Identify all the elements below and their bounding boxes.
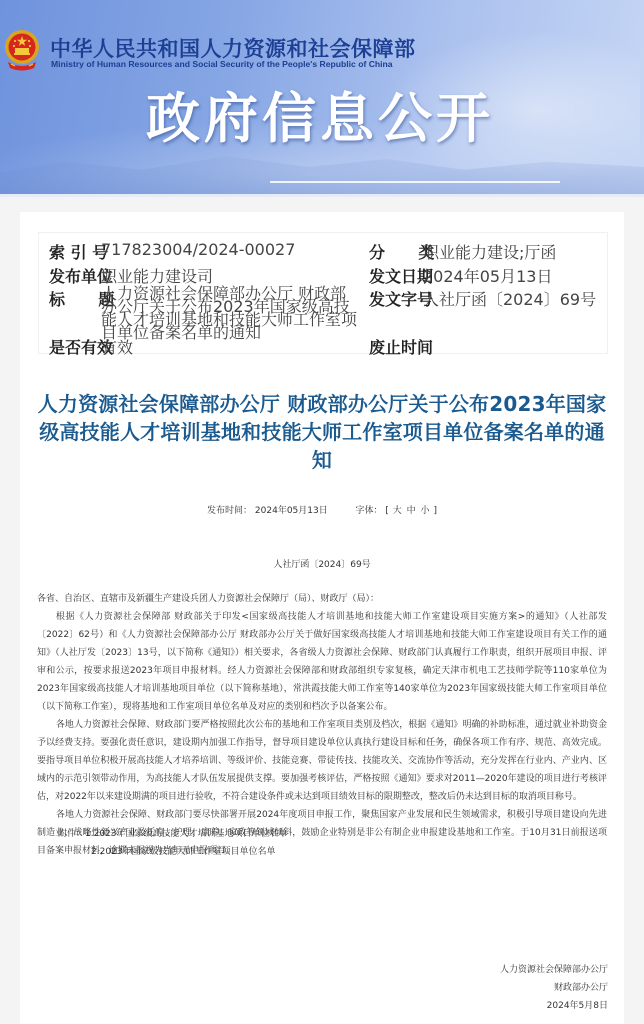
attachments: 附件：1.2023年国家级高技能人才培训基地项目单位名单 2.2023年国家级技… — [58, 825, 288, 861]
font-large-button[interactable]: 大 — [392, 506, 403, 516]
attachment-link[interactable]: 2.2023年国家级技能大师工作室项目单位名单 — [91, 847, 276, 857]
signer-2: 财政部办公厅 — [500, 979, 608, 997]
salutation: 各省、自治区、直辖市及新疆生产建设兵团人力资源社会保障厅（局）、财政厅（局）： — [37, 590, 607, 608]
paragraph: 根据《人力资源社会保障部 财政部关于印发<国家级高技能人才培训基地和技能大师工作… — [37, 608, 607, 716]
signature-date: 2024年5月8日 — [500, 997, 608, 1015]
issue-date-value: 2024年05月13日 — [423, 264, 552, 287]
expiry-label: 废止时间 — [369, 335, 433, 358]
header-banner: 中华人民共和国人力资源和社会保障部 Ministry of Human Reso… — [0, 0, 644, 194]
font-size-label: 字体： — [355, 506, 382, 516]
publish-time-label: 发布时间： — [207, 506, 252, 516]
attachment-link[interactable]: 1.2023年国家级高技能人才培训基地项目单位名单 — [85, 829, 288, 839]
national-emblem-icon — [3, 28, 41, 72]
index-label: 索 引 号 — [49, 240, 108, 263]
index-value: 717823004/2024-00027 — [101, 240, 295, 259]
metadata-table: 索 引 号 717823004/2024-00027 分 类 职业能力建设;厅函… — [38, 232, 608, 354]
bracket-close: ] — [433, 506, 437, 516]
attachments-label: 附件： — [58, 829, 85, 839]
content-panel: 索 引 号 717823004/2024-00027 分 类 职业能力建设;厅函… — [20, 212, 624, 1024]
bracket-open: [ — [385, 506, 389, 516]
publish-info: 发布时间： 2024年05月13日 字体： [ 大 中 小 ] — [20, 503, 624, 516]
publish-time: 2024年05月13日 — [255, 506, 328, 516]
signer-1: 人力资源社会保障部办公厅 — [500, 961, 608, 979]
category-value: 职业能力建设;厅函 — [423, 240, 556, 263]
article-title: 人力资源社会保障部办公厅 财政部办公厅关于公布2023年国家级高技能人才培训基地… — [32, 390, 612, 474]
document-number: 人社厅函〔2024〕69号 — [20, 557, 624, 570]
banner-bottom-border — [0, 194, 644, 197]
section-title: 政府信息公开 — [146, 76, 494, 153]
doc-number-value: 人社厅函〔2024〕69号 — [423, 287, 596, 310]
title-value: 人力资源社会保障部办公厅 财政部办公厅关于公布2023年国家级高技能人才培训基地… — [101, 287, 359, 339]
font-medium-button[interactable]: 中 — [406, 506, 417, 516]
validity-value: 有效 — [101, 335, 133, 358]
paragraph: 各地人力资源社会保障、财政部门要严格按照此次公布的基地和工作室项目类别及档次，根… — [37, 716, 607, 806]
article-body: 各省、自治区、直辖市及新疆生产建设兵团人力资源社会保障厅（局）、财政厅（局）： … — [37, 590, 607, 860]
font-small-button[interactable]: 小 — [420, 506, 431, 516]
signature-block: 人力资源社会保障部办公厅 财政部办公厅 2024年5月8日 — [500, 961, 608, 1015]
ministry-name-en: Ministry of Human Resources and Social S… — [51, 59, 393, 69]
banner-divider — [270, 181, 560, 183]
